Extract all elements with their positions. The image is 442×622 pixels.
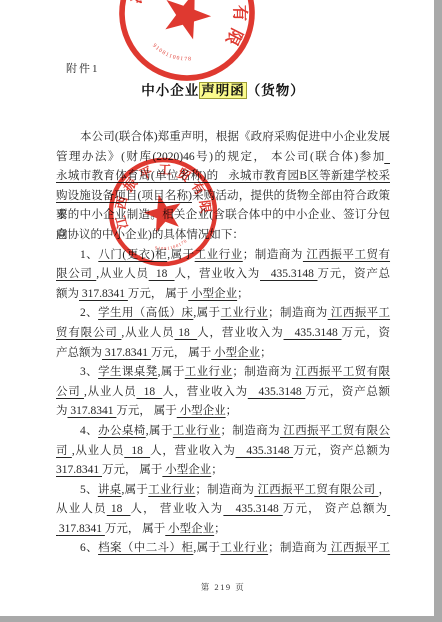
text-run: 5、 [80,484,98,496]
underlined-fill-in-text: 江西振平工贸有限 [292,366,390,378]
text-run: 人，营业收入为 [175,268,260,280]
text-line: 公司 ,从业人员 18 人，营业收入为 435.3148 万元，资产总额 [56,383,390,403]
underlined-fill-in-text: 工业行业 [173,425,221,437]
text-line: 1、八门(更衣)柜,属于工业行业；制造商为 江西振平工贸有 [56,246,390,266]
underlined-fill-in-text: 317.8341 [56,464,102,476]
document-page: { "page": { "attachment_label": "附件1", "… [0,0,442,622]
text-run: 万元，资 [342,327,391,339]
svg-text:91081100178: 91081100178 [149,42,193,67]
underlined-fill-in-text [387,503,390,515]
text-run: 万元，资产总额 [305,386,390,398]
text-run: 万元， 属于 [151,347,211,359]
underlined-fill-in-text: 435.3148 [248,386,305,398]
text-run: 万元，资产总额为 [293,445,390,457]
text-run: ,属于 [146,425,173,437]
text-line: 4、办公桌椅,属于工业行业；制造商为 江西振平工贸有限公 [56,422,390,442]
text-line: 2、学生用（高低）床,属于工业行业；制造商为 江西振平工 [56,304,390,324]
text-run: 万元， 属于 [128,288,188,300]
svg-text:江西振平工贸有限公司: 江西振平工贸有限公司 [124,0,268,50]
text-run: ,从业人员 [72,445,124,457]
underlined-fill-in-text: 工业行业 [185,366,233,378]
text-line: 6、档案（中二斗）柜,属于工业行业；制造商为 江西振平工 [56,539,390,559]
text-line: 为 317.8341 万元， 属于 小型企业； [56,402,390,422]
text-line: 司 ,从业人员 18 人，营业收入为 435.3148 万元，资产总额为 [56,442,390,462]
text-line: 求的中小企业制造。相关企业(含联合体中的中小企业、签订分包意 [56,206,390,226]
underlined-fill-in-text: 小型企业 [165,523,214,535]
underlined-fill-in-text: 贸有限公司 [56,327,121,339]
text-line: 购设施设备项目(项目名称)采购活动，提供的货物全部由符合政策要 [56,187,390,207]
seal-star-icon [157,0,217,43]
underlined-fill-in-text: 工业行业 [220,307,268,319]
text-run: 从业人员 [56,503,107,515]
text-run: ,属于 [193,307,220,319]
underlined-fill-in-text: 限公司 [56,268,96,280]
text-run: 向协议的中小企业)的具体情况如下： [56,229,244,241]
underlined-fill-in-text: 435.3148 [223,503,282,515]
text-run: 人，营业收入为 [150,445,235,457]
text-line: 3、学生课桌凳,属于工业行业；制造商为 江西振平工贸有限 [56,363,390,383]
text-run: 产总额为 [56,347,102,359]
text-run: 万元， 属于 [116,405,176,417]
underlined-fill-in-text: 档案（中二斗）柜 [98,542,193,554]
seal-company-name: 江西振平工贸有限公司 [124,0,268,50]
text-run: ,属于 [121,484,148,496]
title-prefix: 中小企业 [141,83,199,98]
underlined-fill-in-text: 317.8341 [68,405,117,417]
text-line: 从业人员 18 人， 营业收入为 435.3148 万元， 资产总额为 [56,500,390,520]
underlined-fill-in-text: 学生课桌凳 [98,366,158,378]
text-line: 管理办法》(财库(2020)46号)的规定， 本公司(联合体)参加 [56,148,390,168]
text-run: ， [379,484,391,496]
seal-code-digits: 91081100178 [149,42,193,67]
text-run: ,从业人员 [121,327,174,339]
underlined-fill-in-text: 江西振平工 [328,307,390,319]
declaration-body-text: 本公司(联合体)郑重声明，根据《政府采购促进中小企业发展管理办法》(财库(202… [56,128,390,559]
text-run: ；制造商为 [195,484,254,496]
underlined-fill-in-text: 讲桌 [98,484,122,496]
text-run: 人，营业收入为 [162,386,247,398]
underlined-fill-in-text: 317.8341 [56,523,105,535]
text-run: 2、 [80,307,98,319]
underlined-fill-in-text: 18 [149,268,175,280]
page-edge-shadow-right [434,0,442,622]
text-line: 额为 317.8341 万元， 属于 小型企业； [56,285,390,305]
text-run: ,属于 [193,542,220,554]
text-run: ,属于 [167,249,194,261]
text-run: ； [260,347,272,359]
underlined-fill-in-text: 435.3148 [284,327,342,339]
text-run: ,从业人员 [96,268,148,280]
underlined-fill-in-text: 工业行业 [195,249,243,261]
underlined-fill-in-text: 18 [107,503,131,515]
underlined-fill-in-text: 小型企业 [211,347,260,359]
underlined-fill-in-text: 司 [56,445,72,457]
underlined-fill-in-text: 购设施设备项目(项目名称) [56,190,192,202]
underlined-fill-in-text: 435.3148 [260,268,317,280]
underlined-fill-in-text: 435.3148 [236,445,293,457]
text-run: 本公司(联合体)郑重声明，根据《政府采购促进中小企业发展 [80,131,390,143]
page-title: 中小企业声明函（货物） [56,79,390,99]
text-run: 为 [56,405,68,417]
text-line: 永城市教育体育局(单位名称)的 永城市教育园B区等新建学校采 [56,167,390,187]
text-run: ；制造商为 [220,425,280,437]
text-line: 317.8341 万元， 属于 小型企业； [56,520,390,540]
text-run: ；制造商为 [268,307,328,319]
underlined-fill-in-text [384,151,390,163]
text-run: ；制造商为 [243,249,303,261]
text-line: 产总额为 317.8341 万元， 属于 小型企业； [56,344,390,364]
text-run: 1、 [80,249,98,261]
text-run: 人， 营业收入为 [130,503,223,515]
underlined-fill-in-text: 办公桌椅 [98,425,146,437]
text-run: 万元， 属于 [102,464,162,476]
underlined-fill-in-text: 317.8341 [102,347,151,359]
text-run: ,从业人员 [84,386,136,398]
text-line: 5、讲桌,属于工业行业；制造商为 江西振平工贸有限公司 ， [56,481,390,501]
text-run: ； [237,288,249,300]
underlined-fill-in-text: 工业行业 [220,542,268,554]
title-highlighted-term: 声明函 [199,82,247,99]
underlined-fill-in-text: 小型企业 [188,288,237,300]
underlined-fill-in-text: 小型企业 [162,464,211,476]
underlined-fill-in-text: 18 [136,386,162,398]
text-run: 人，营业收入为 [197,327,283,339]
underlined-fill-in-text: 江西振平工贸有 [303,249,390,261]
text-run: 4、 [80,425,98,437]
text-run: 额为 [56,288,79,300]
text-line: 向协议的中小企业)的具体情况如下： [56,226,390,246]
title-suffix: （货物） [247,83,305,98]
underlined-fill-in-text: 工业行业 [148,484,195,496]
page-edge-shadow-bottom [0,616,442,622]
text-run: 管理办法》(财库(2020)46号)的规定， 本公司(联合体)参加 [56,151,384,163]
underlined-fill-in-text: 学生用（高低）床 [98,307,193,319]
underlined-fill-in-text: 小型企业 [177,405,226,417]
text-line: 本公司(联合体)郑重声明，根据《政府采购促进中小企业发展 [56,128,390,148]
attachment-label: 附件1 [66,60,100,76]
text-run: ；制造商为 [232,366,292,378]
text-run: ； [214,523,226,535]
underlined-fill-in-text: 江西振平工 [328,542,390,554]
text-run: 万元， 属于 [105,523,165,535]
text-line: 317.8341 万元， 属于 小型企业； [56,461,390,481]
underlined-fill-in-text: 公司 [56,386,84,398]
underlined-fill-in-text: 八门(更衣)柜 [98,249,167,261]
text-run: ； [226,405,238,417]
text-line: 限公司 ,从业人员 18 人，营业收入为 435.3148 万元，资产总 [56,265,390,285]
text-run: 万元， 资产总额为 [283,503,387,515]
text-run: 3、 [80,366,98,378]
text-run: 6、 [80,542,98,554]
underlined-fill-in-text: 317.8341 [79,288,128,300]
underlined-fill-in-text: 18 [124,445,150,457]
text-run: ； [211,464,223,476]
underlined-fill-in-text: 江西振平工贸有限公 [280,425,390,437]
text-run: ；制造商为 [268,542,328,554]
underlined-fill-in-text: 18 [175,327,198,339]
underlined-fill-in-text: 江西振平工贸有限公司 [254,484,378,496]
text-run: 万元，资产总 [318,268,391,280]
underlined-fill-in-text: 永城市教育体育局(单位名称)的 永城市教育园B区等新建学校采 [56,170,390,182]
page-number-footer: 第 219 页 [56,581,390,593]
text-line: 贸有限公司 ,从业人员 18 人，营业收入为 435.3148 万元，资 [56,324,390,344]
text-run: ,属于 [158,366,185,378]
